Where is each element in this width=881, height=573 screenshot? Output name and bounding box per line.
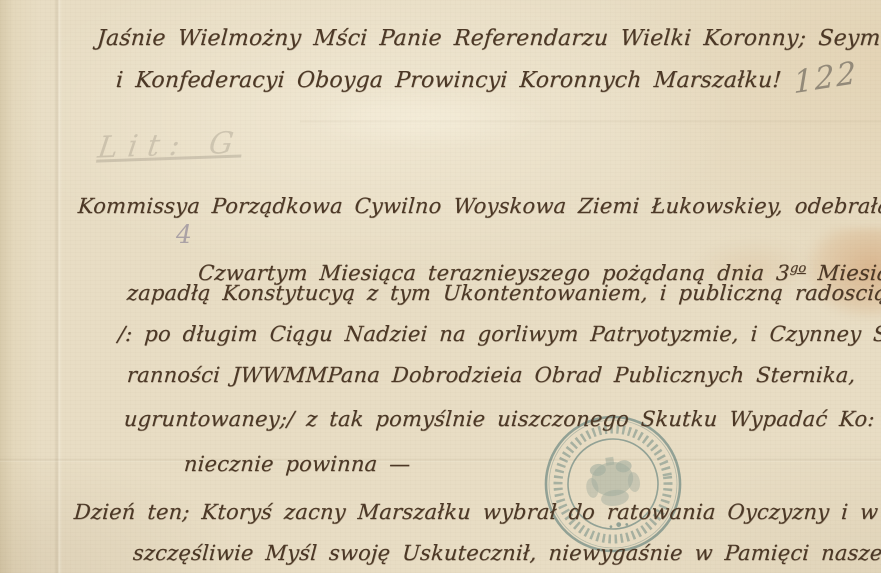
superscript-ordinal: go [789,261,806,276]
faded-pencil-annotation: Lit: G [96,125,246,165]
salutation-line-2: i Konfederacyi Oboyga Prowincyi Koronnyc… [115,68,782,93]
body-p1-line-3: zapadłą Konstytucyą z tym Ukontentowanie… [126,281,881,305]
folio-number-pencil: 122 [793,55,858,102]
body-p1-line-6: ugruntowaney;/ z tak pomyślnie uiszczone… [123,407,875,431]
manuscript-page: 122 Lit: G 4 Jaśnie Wielmożny Mści Panie… [0,0,881,573]
body-p1-line-1: Kommissya Porządkowa Cywilno Woyskowa Zi… [77,194,881,218]
ink-text-layer: 122 Lit: G 4 Jaśnie Wielmożny Mści Panie… [0,0,881,573]
body-p2-line-2: szczęśliwie Myśl swoję Uskutecznił, niew… [132,541,881,565]
body-p2-line-1: Dzień ten; Ktoryś zacny Marszałku wybrał… [73,500,881,524]
body-p1-line-7: niecznie powinna — [183,452,411,476]
body-p1-line-4: /: po długim Ciągu Nadziei na gorliwym P… [117,322,881,346]
salutation-line-1: Jaśnie Wielmożny Mści Panie Referendarzu… [96,26,881,51]
body-p1-line-5: ranności JWWMMPana Dobrodzieia Obrad Pub… [126,363,856,387]
